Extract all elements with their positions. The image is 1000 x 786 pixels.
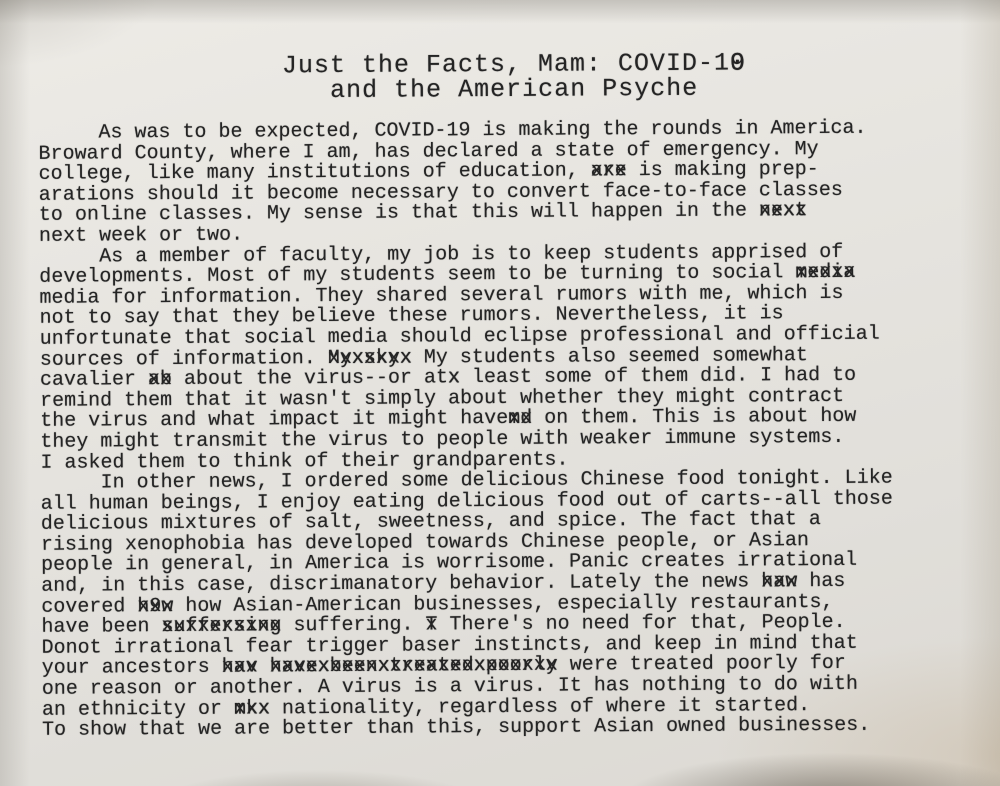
struck-text: hawxxx bbox=[761, 572, 797, 593]
page-content: Just the Facts, Mam: COVID-190and the Am… bbox=[0, 0, 1000, 786]
struck-text: abxx bbox=[148, 370, 172, 391]
struck-text: mkxxxx bbox=[234, 699, 270, 720]
struck-text: 90 bbox=[730, 50, 746, 75]
struck-text: havexbeenxtreatedxpoorlyxxxxxxxxxxxxxxxx… bbox=[270, 656, 558, 678]
page-title: Just the Facts, Mam: COVID-190and the Am… bbox=[14, 49, 1000, 105]
text-segment: to online classes. My sense is that this… bbox=[39, 200, 759, 227]
typewritten-page: Just the Facts, Mam: COVID-190and the Am… bbox=[0, 0, 1000, 786]
struck-text: mediaxxxxx bbox=[795, 263, 855, 284]
struck-text: suffersingxxxxxxxxxx bbox=[161, 617, 281, 638]
struck-text: Tx bbox=[425, 616, 437, 637]
text-line: and the American Psyche bbox=[14, 74, 1000, 105]
struck-text: nextxxxx bbox=[759, 201, 807, 222]
struck-text: Myxskyxxxxxxxx bbox=[328, 348, 412, 369]
struck-text: xx bbox=[448, 368, 460, 389]
struck-text: havxxx bbox=[222, 658, 258, 679]
page-body: As was to be expected, COVID-19 is makin… bbox=[38, 119, 894, 742]
struck-text: arexxx bbox=[591, 161, 627, 182]
struck-text: mdxx bbox=[508, 409, 532, 430]
text-segment: To show that we are better than this, su… bbox=[42, 714, 870, 742]
text-line: To show that we are better than this, su… bbox=[42, 716, 894, 742]
text-segment: and the American Psyche bbox=[330, 74, 698, 105]
